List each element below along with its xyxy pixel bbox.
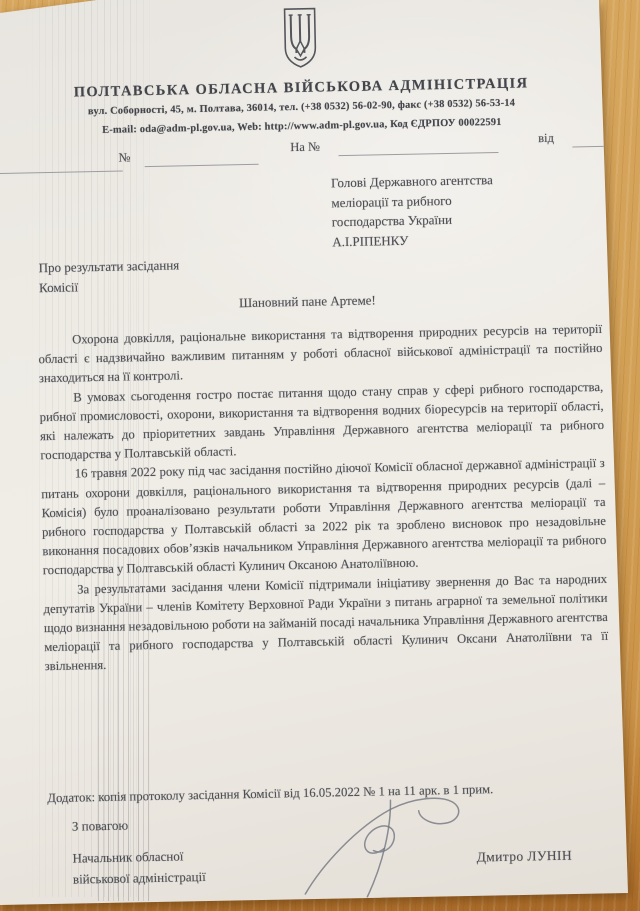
subject-block: Про результати засідання Комісії <box>38 253 279 298</box>
trident-coat-of-arms-icon <box>276 5 323 75</box>
sender-title-line: Начальник обласної <box>72 846 205 869</box>
body-paragraph: За результатами засідання члени Комісії … <box>43 570 609 677</box>
sender-title-line: військової адміністрації <box>73 866 206 889</box>
letter-paper: ПОЛТАВСЬКА ОБЛАСНА ВІЙСЬКОВА АДМІНІСТРАЦ… <box>0 0 640 911</box>
ref-on-number-label: На № <box>290 140 320 156</box>
closing-regards: З повагою <box>72 818 128 835</box>
recipient-block: Голові Державного агентства меліорації т… <box>331 168 583 251</box>
sender-title: Начальник обласної військової адміністра… <box>72 846 206 890</box>
ref-on-number-line <box>338 152 498 156</box>
handwritten-signature <box>295 791 472 907</box>
ref-left-margin-line <box>0 171 123 175</box>
body-paragraph: В умовах сьогодення гостро постає питанн… <box>39 378 604 466</box>
letter-body: Охорона довкілля, раціональне використан… <box>38 320 609 677</box>
ref-number-label: № <box>118 150 130 165</box>
ref-number-line <box>145 164 259 167</box>
ref-date-label: від <box>538 131 554 146</box>
sender-name: Дмитро ЛУНІН <box>476 848 572 866</box>
document-photo: ПОЛТАВСЬКА ОБЛАСНА ВІЙСЬКОВА АДМІНІСТРАЦ… <box>0 0 640 911</box>
body-paragraph: 16 травня 2022 року під час засідання по… <box>41 454 607 581</box>
ref-date-line <box>572 145 624 147</box>
letter-content: ПОЛТАВСЬКА ОБЛАСНА ВІЙСЬКОВА АДМІНІСТРАЦ… <box>0 0 640 911</box>
letterhead: ПОЛТАВСЬКА ОБЛАСНА ВІЙСЬКОВА АДМІНІСТРАЦ… <box>0 0 610 140</box>
